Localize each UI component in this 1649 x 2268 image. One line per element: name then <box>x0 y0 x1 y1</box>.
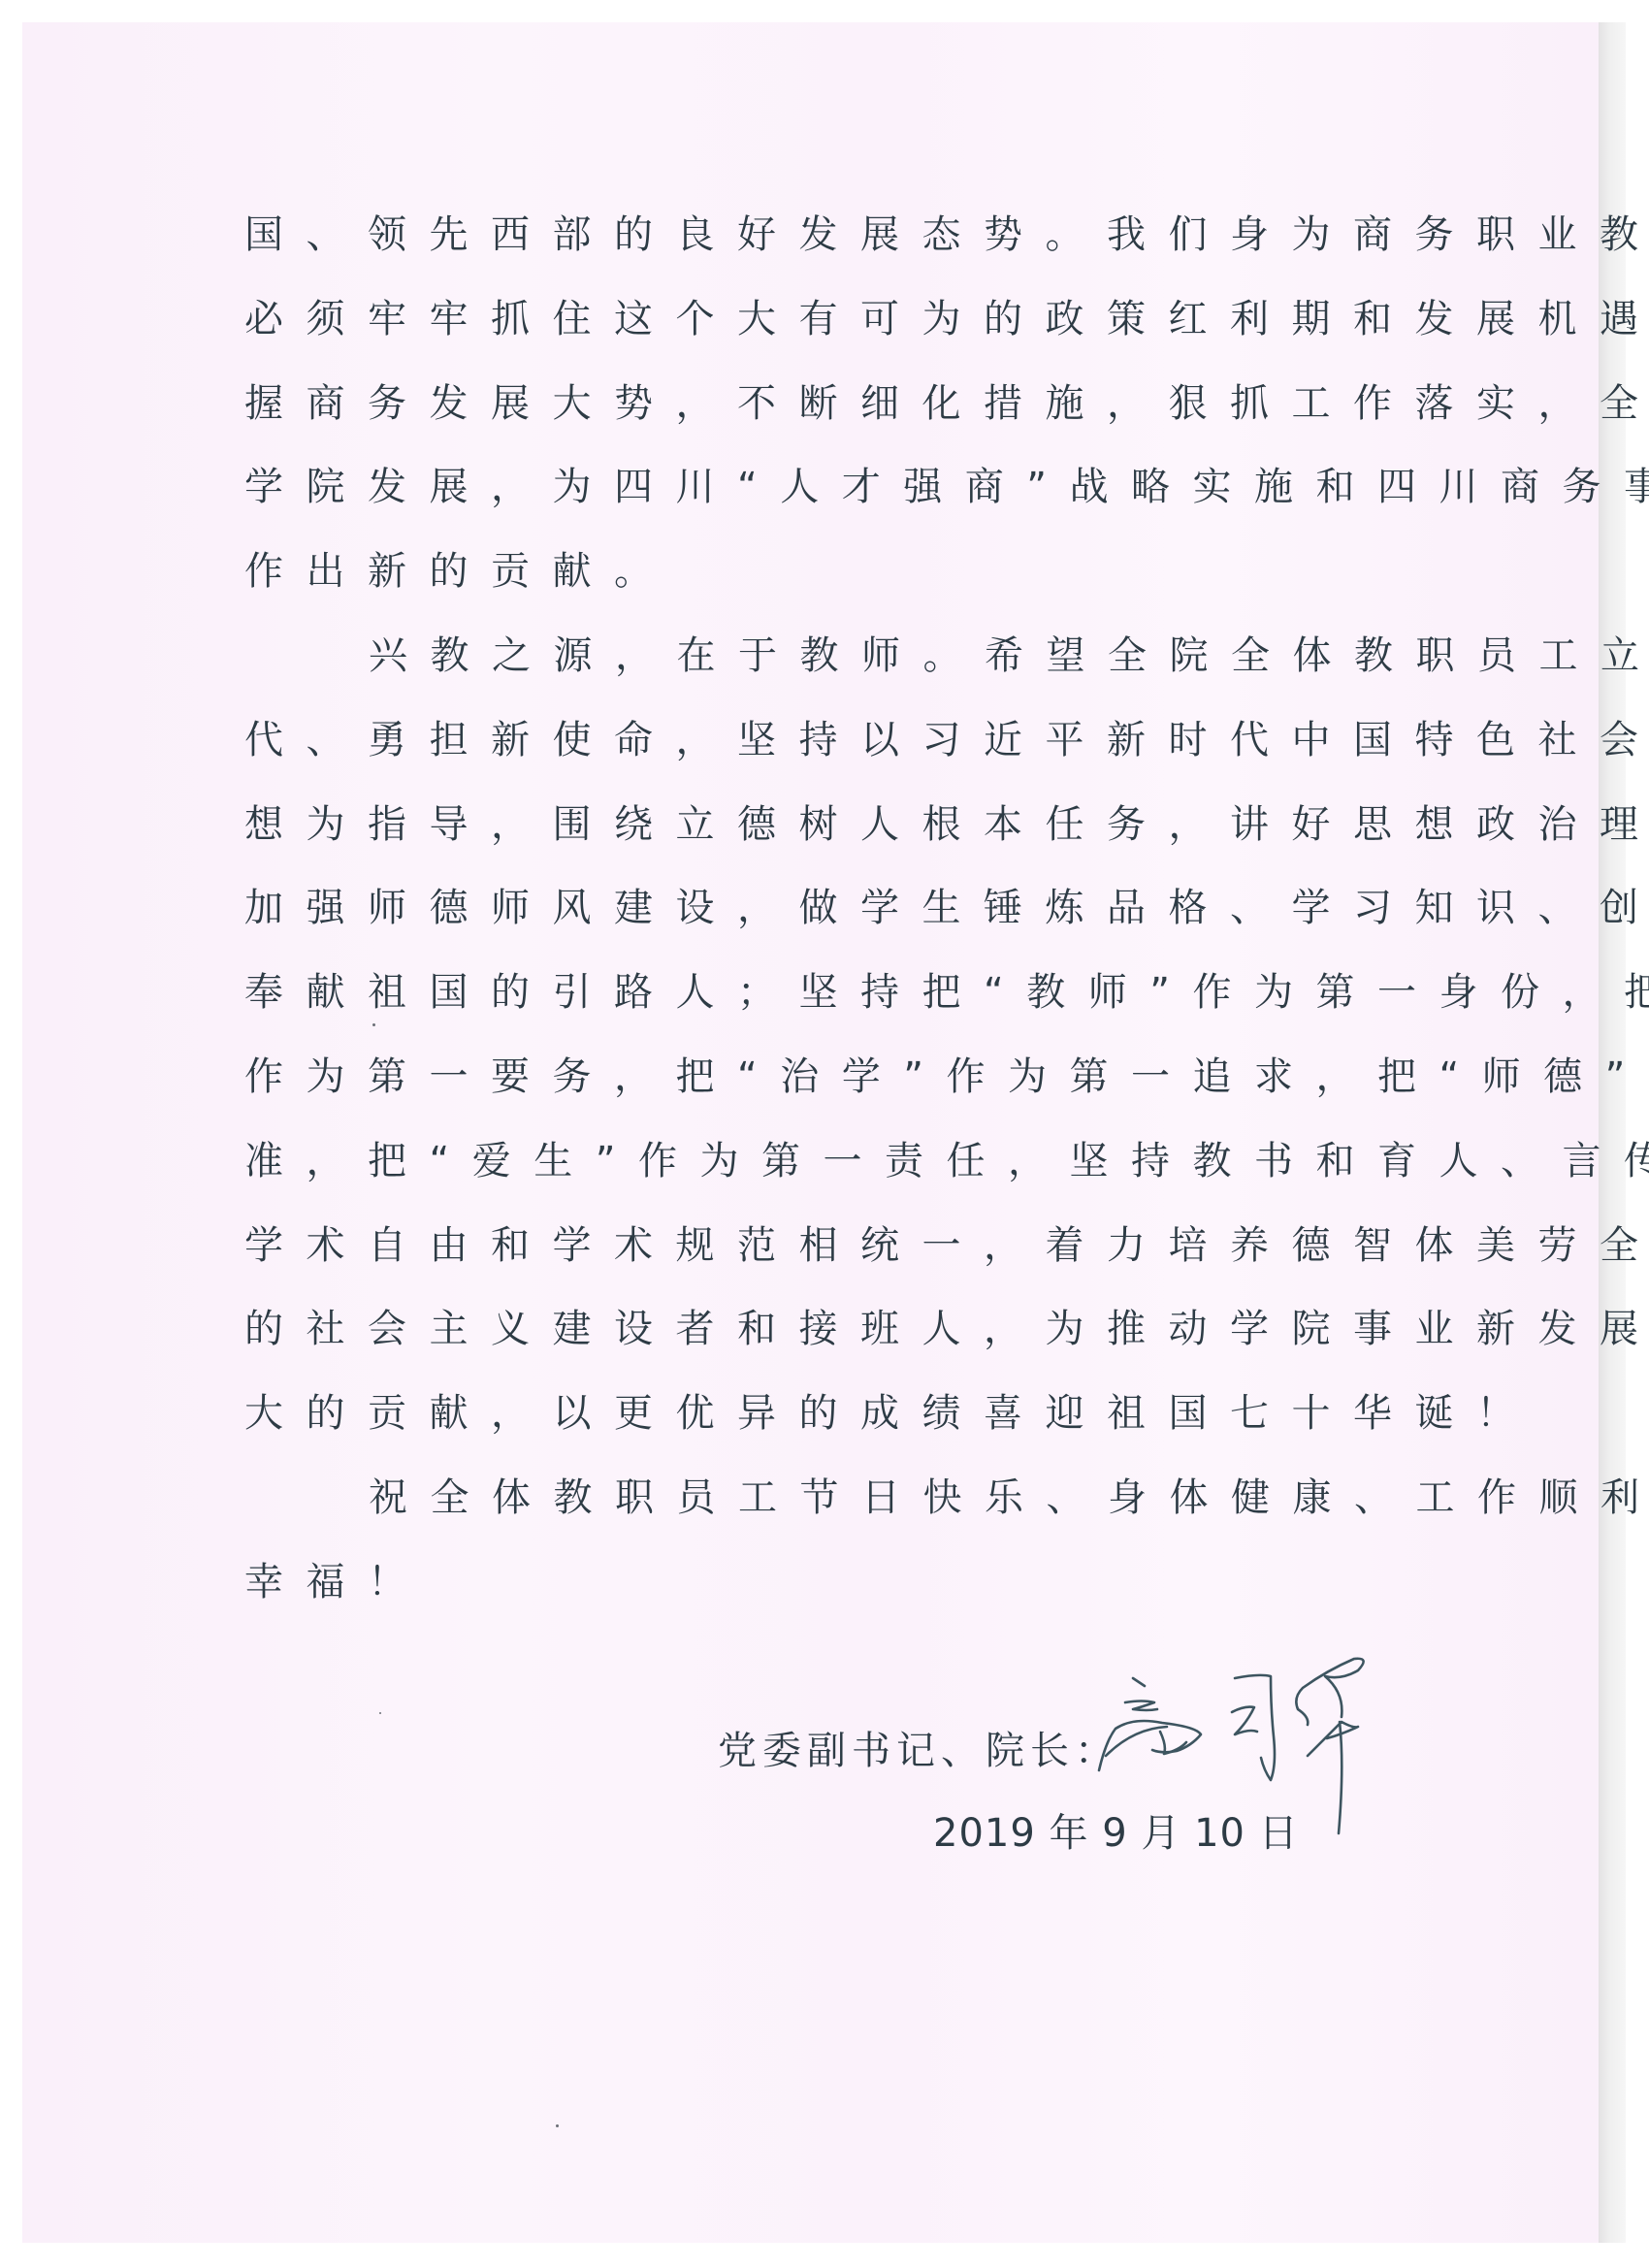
scan-speck <box>556 2124 559 2127</box>
scanner-edge-strip <box>1599 22 1626 2243</box>
scanned-page <box>22 22 1599 2243</box>
body-line: 准，把“爱生”作为第一责任，坚持教书和育人、言传和身教、 <box>244 1138 1370 1184</box>
signatory-title: 党委副书记、院长： <box>718 1728 1119 1774</box>
body-line: 学术自由和学术规范相统一，着力培养德智体美劳全面发展 <box>244 1222 1370 1269</box>
body-line: 代、勇担新使命，坚持以习近平新时代中国特色社会主义思 <box>244 717 1370 763</box>
body-line: 加强师德师风建设，做学生锤炼品格、学习知识、创新思维、 <box>244 885 1370 931</box>
body-line: 作出新的贡献。 <box>244 548 1370 595</box>
body-line: 幸福！ <box>244 1559 1370 1605</box>
paragraph-start-line: 祝全体教职员工节日快乐、身体健康、工作顺利、阖家 <box>369 1474 1494 1521</box>
body-line: 奉献祖国的引路人；坚持把“教师”作为第一身份，把“育人” <box>244 969 1370 1016</box>
letter-date: 2019 年 9 月 10 日 <box>933 1810 1299 1857</box>
body-line: 大的贡献，以更优异的成绩喜迎祖国七十华诞！ <box>244 1390 1370 1437</box>
body-line: 必须牢牢抓住这个大有可为的政策红利期和发展机遇期，把 <box>244 296 1370 342</box>
body-line: 学院发展，为四川“人才强商”战略实施和四川商务事业发展 <box>244 464 1370 510</box>
body-line: 国、领先西部的良好发展态势。我们身为商务职业教育人， <box>244 211 1370 258</box>
paragraph-start-line: 兴教之源，在于教师。希望全院全体教职员工立足新时 <box>369 632 1494 679</box>
body-line: 作为第一要务，把“治学”作为第一追求，把“师德”作为第一标 <box>244 1053 1370 1100</box>
body-line: 想为指导，围绕立德树人根本任务，讲好思想政治理论课， <box>244 801 1370 848</box>
body-line: 的社会主义建设者和接班人，为推动学院事业新发展作出更 <box>244 1306 1370 1352</box>
scan-speck <box>379 1712 381 1714</box>
body-line: 握商务发展大势，不断细化措施，狠抓工作落实，全力推动 <box>244 380 1370 427</box>
scan-speck <box>372 1023 375 1026</box>
